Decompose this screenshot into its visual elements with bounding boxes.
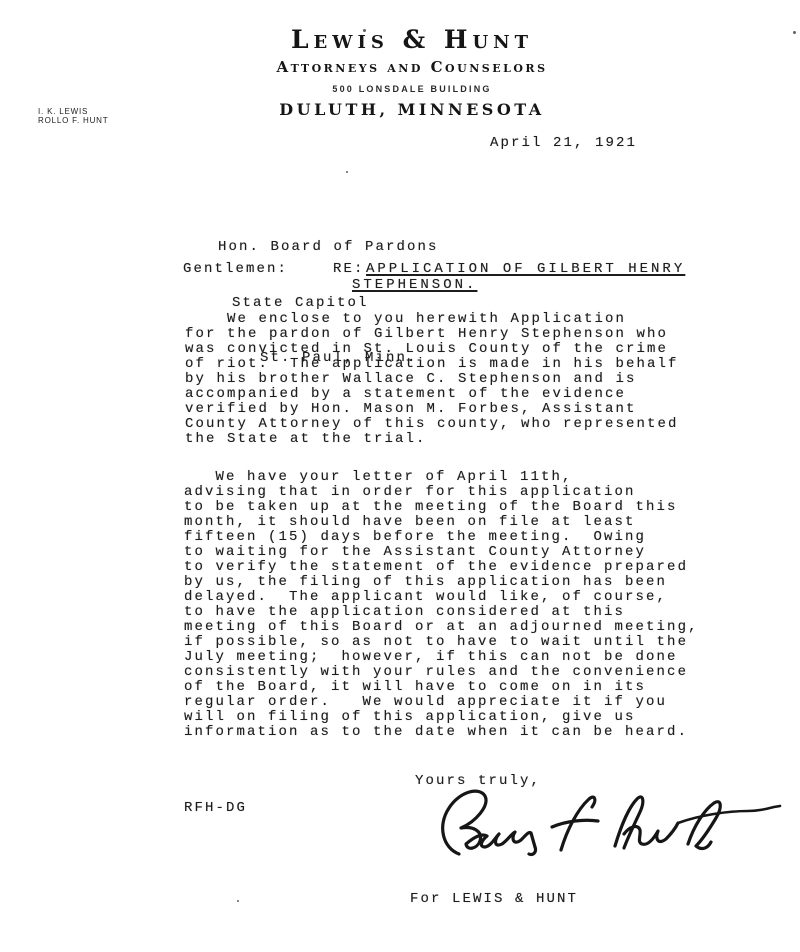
firm-subtitle: Attorneys and Counselors <box>24 59 800 76</box>
scanned-letter-page: Lewis & Hunt Attorneys and Counselors 50… <box>0 0 800 952</box>
subject-line-1: APPLICATION OF GILBERT HENRY <box>366 262 685 277</box>
text-line: if possible, so as not to have to wait u… <box>184 635 699 650</box>
text-line: meeting of this Board or at an adjourned… <box>184 620 699 635</box>
text-line: County Attorney of this county, who repr… <box>185 417 679 432</box>
firm-city: DULUTH, MINNESOTA <box>24 100 800 119</box>
text-line: was convicted in St. Louis County of the… <box>185 342 679 357</box>
text-line: delayed. The applicant would like, of co… <box>184 590 699 605</box>
text-line: information as to the date when it can b… <box>184 725 699 740</box>
subject-line-2: STEPHENSON. <box>352 278 477 293</box>
text-line: by his brother Wallace C. Stephenson and… <box>185 372 679 387</box>
scan-speck <box>237 900 239 902</box>
scan-speck <box>346 171 348 173</box>
reference-initials: RFH-DG <box>184 801 247 816</box>
text-line: will on filing of this application, give… <box>184 710 699 725</box>
text-line: for the pardon of Gilbert Henry Stephens… <box>185 327 679 342</box>
text-line: advising that in order for this applicat… <box>184 485 699 500</box>
firm-name: Lewis & Hunt <box>24 26 800 54</box>
partner-name-lewis: I. K. LEWIS <box>38 107 108 116</box>
partner-name-hunt: ROLLO F. HUNT <box>38 116 108 125</box>
partner-names: I. K. LEWIS ROLLO F. HUNT <box>38 107 108 125</box>
text-line: We have your letter of April 11th, <box>184 470 699 485</box>
scan-speck <box>793 31 796 34</box>
text-line: July meeting; however, if this can not b… <box>184 650 699 665</box>
subject-label: RE: <box>333 262 365 277</box>
signature-rollo-f-hunt <box>425 780 785 875</box>
text-line: fifteen (15) days before the meeting. Ow… <box>184 530 699 545</box>
text-line: of riot. The application is made in his … <box>185 357 679 372</box>
text-line: to waiting for the Assistant County Atto… <box>184 545 699 560</box>
letterhead: Lewis & Hunt Attorneys and Counselors 50… <box>24 26 800 119</box>
recipient-line: State Capitol <box>232 294 439 313</box>
text-line: to be taken up at the meeting of the Boa… <box>184 500 699 515</box>
recipient-line: Hon. Board of Pardons <box>218 238 439 257</box>
text-line: to have the application considered at th… <box>184 605 699 620</box>
text-line: We enclose to you herewith Application <box>185 312 679 327</box>
text-line: regular order. We would appreciate it if… <box>184 695 699 710</box>
signed-for-firm: For LEWIS & HUNT <box>410 892 578 907</box>
text-line: verified by Hon. Mason M. Forbes, Assist… <box>185 402 679 417</box>
salutation: Gentlemen: <box>183 262 288 277</box>
text-line: month, it should have been on file at le… <box>184 515 699 530</box>
body-paragraph-1: We enclose to you herewith Applicationfo… <box>185 312 679 447</box>
text-line: to verify the statement of the evidence … <box>184 560 699 575</box>
scan-speck <box>363 29 366 32</box>
body-paragraph-2: We have your letter of April 11th,advisi… <box>184 470 699 740</box>
text-line: the State at the trial. <box>185 432 679 447</box>
text-line: by us, the filing of this application ha… <box>184 575 699 590</box>
letter-date: April 21, 1921 <box>490 136 637 151</box>
text-line: of the Board, it will have to come on in… <box>184 680 699 695</box>
text-line: accompanied by a statement of the eviden… <box>185 387 679 402</box>
firm-address: 500 LONSDALE BUILDING <box>24 84 800 95</box>
text-line: consistently with your rules and the con… <box>184 665 699 680</box>
